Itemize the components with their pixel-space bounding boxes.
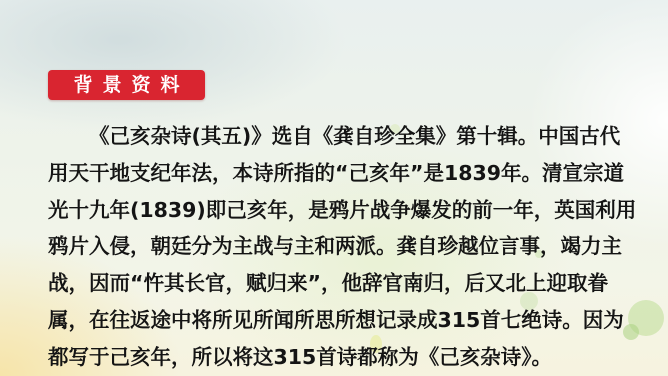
paragraph-line: 属，在往返途中将所见所闻所思所想记录成315首七绝诗。因为 [48, 302, 630, 339]
paragraph-line: 鸦片入侵，朝廷分为主战与主和两派。龚自珍越位言事，竭力主 [48, 228, 630, 265]
background-info-paragraph: 《己亥杂诗(其五)》选自《龚自珍全集》第十辑。中国古代 用天干地支纪年法，本诗所… [48, 118, 630, 376]
paragraph-line: 《己亥杂诗(其五)》选自《龚自珍全集》第十辑。中国古代 [48, 118, 630, 155]
paragraph-line: 光十九年(1839)即己亥年，是鸦片战争爆发的前一年，英国利用 [48, 192, 630, 229]
paragraph-line: 战，因而“忤其长官，赋归来”，他辞官南归，后又北上迎取眷 [48, 265, 630, 302]
section-badge: 背景资料 [48, 70, 205, 100]
section-badge-label: 背景资料 [63, 70, 189, 100]
slide: 背景资料 《己亥杂诗(其五)》选自《龚自珍全集》第十辑。中国古代 用天干地支纪年… [0, 0, 668, 376]
paragraph-line: 用天干地支纪年法，本诗所指的“己亥年”是1839年。清宣宗道 [48, 155, 630, 192]
paragraph-line: 都写于己亥年，所以将这315首诗都称为《己亥杂诗》。 [48, 339, 630, 376]
decorative-bokeh-circle [628, 300, 664, 336]
